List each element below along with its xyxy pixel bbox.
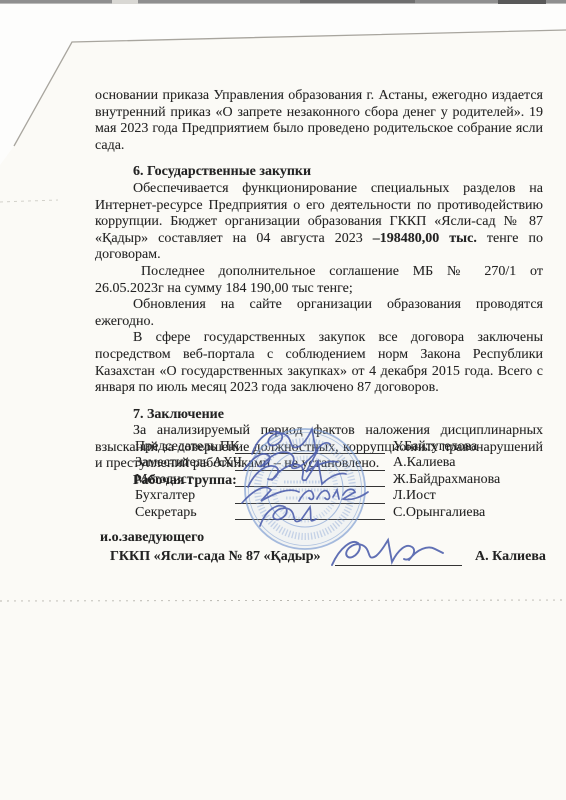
scanned-document-page: основании приказа Управления образования… (0, 0, 566, 800)
signature-stroke-deputy (244, 450, 338, 472)
handwritten-signatures (0, 0, 566, 800)
signature-stroke-secretary (260, 506, 316, 526)
signature-stroke-director (332, 540, 443, 565)
signature-stroke-accountant (242, 488, 368, 503)
